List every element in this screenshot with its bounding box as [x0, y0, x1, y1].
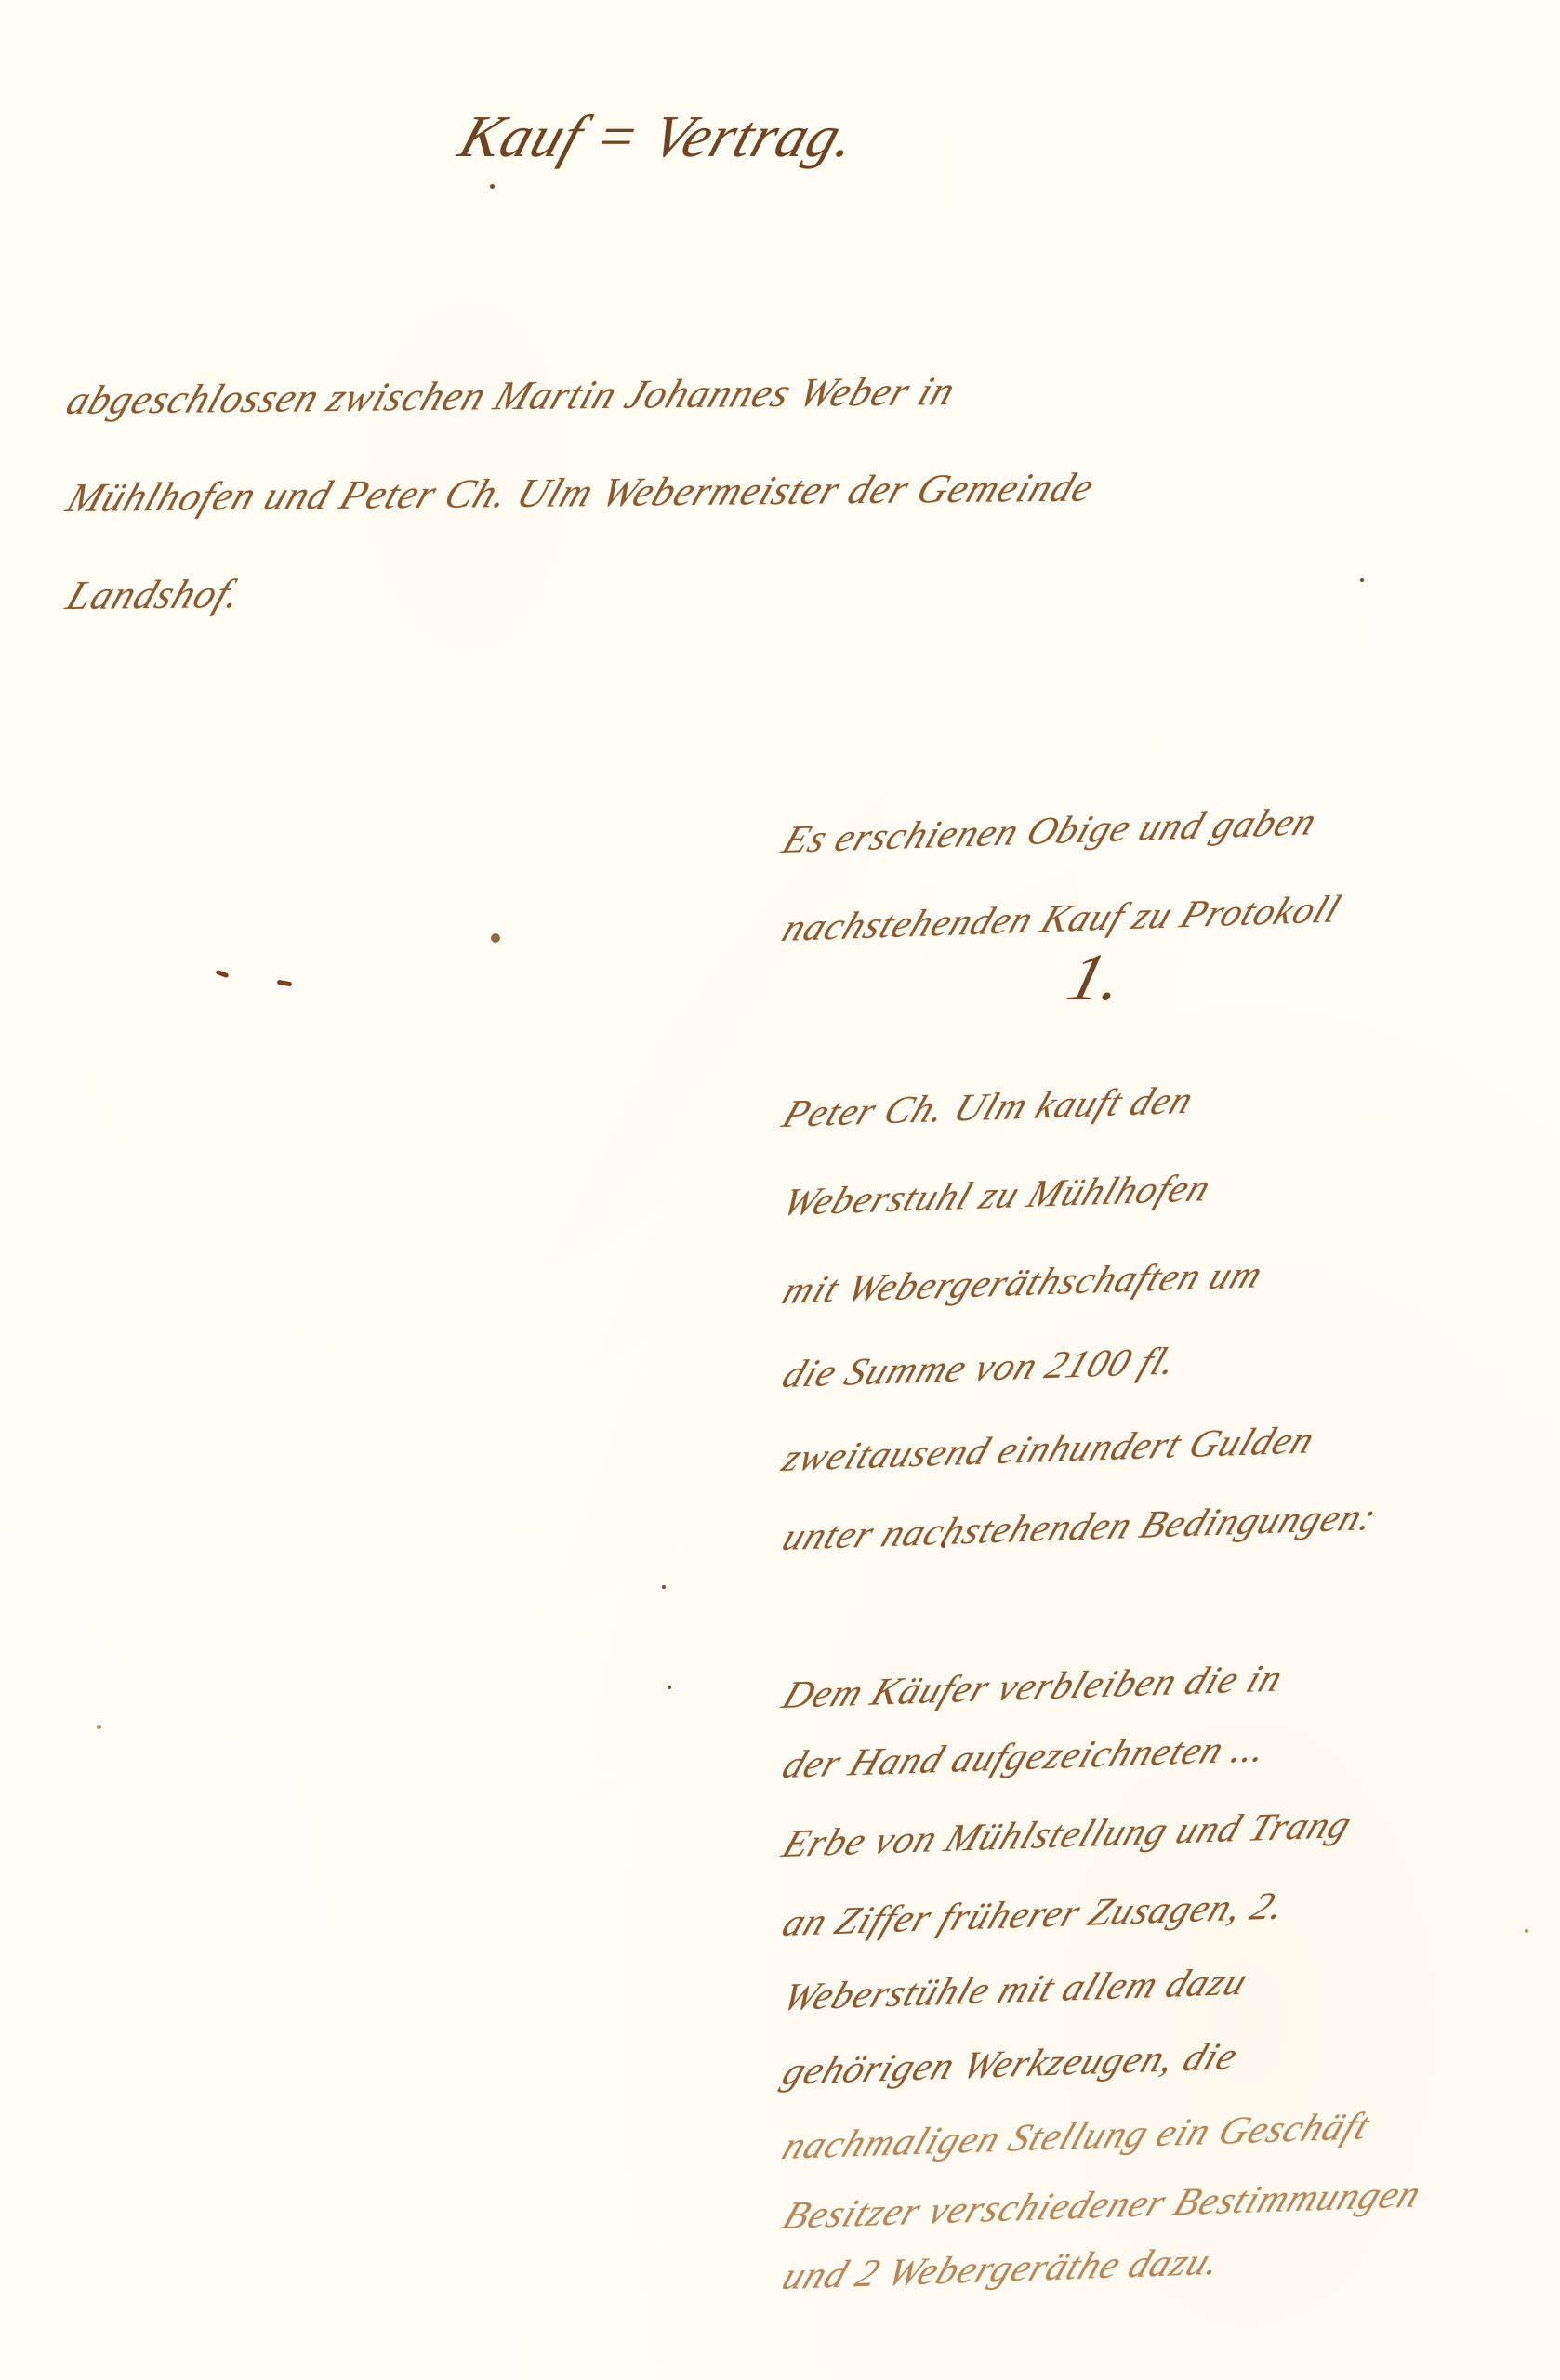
ink-mark — [216, 970, 230, 978]
section-2-line-3: Erbe von Mühlstellung und Trang — [776, 1803, 1358, 1867]
section-1-line-1: Peter Ch. Ulm kauft den — [776, 1078, 1200, 1137]
section-1-line-2: Weberstuhl zu Mühlhofen — [776, 1166, 1218, 1225]
section-1-line-5: zweitausend einhundert Gulden — [776, 1418, 1321, 1481]
ink-spot — [1525, 1929, 1528, 1933]
section-number-1: 1. — [1060, 939, 1132, 1016]
ink-mark — [277, 980, 293, 987]
section-2-line-1: Dem Käufer verbleiben die in — [776, 1657, 1289, 1718]
section-1-line-6: unter nachstehenden Bedingungen: — [776, 1495, 1383, 1560]
section-2-line-5: Weberstühle mit allem dazu — [776, 1960, 1254, 2020]
ink-spot — [490, 184, 495, 189]
document-title: Kauf = Vertrag. — [451, 102, 866, 171]
section-2-line-2: der Hand aufgezeichneten ... — [776, 1726, 1274, 1788]
ink-spot — [1360, 578, 1364, 582]
section-2-line-4: an Ziffer früherer Zusagen, 2. — [776, 1884, 1292, 1946]
section-2-line-6: gehörigen Werkzeugen, die — [776, 2034, 1245, 2095]
ink-spot — [662, 1585, 666, 1589]
ink-spot — [668, 1686, 671, 1689]
section-1-line-4: die Summe von 2100 fl. — [776, 1340, 1183, 1397]
manuscript-page: Kauf = Vertrag. abgeschlossen zwischen M… — [0, 0, 1560, 2380]
section-2-line-8: Besitzer verschiedener Bestimmungen — [776, 2173, 1428, 2239]
header-line-2: Mühlhofen und Peter Ch. Ulm Webermeister… — [60, 464, 1102, 522]
ink-spot — [491, 933, 500, 943]
section-2-line-7: nachmaligen Stellung ein Geschäft — [776, 2104, 1377, 2169]
section-2-line-9: und 2 Webergeräthe dazu. — [776, 2240, 1228, 2299]
section-1-line-3: mit Webergeräthschaften um — [776, 1252, 1269, 1314]
header-line-3: Landshof. — [60, 570, 249, 619]
ink-spot — [97, 1725, 101, 1729]
header-line-1: abgeschlossen zwischen Martin Johannes W… — [60, 367, 962, 424]
intro-line-2: nachstehenden Kauf zu Protokoll — [776, 888, 1347, 951]
intro-line-1: Es erschienen Obige und gaben — [776, 800, 1324, 863]
ink-spot — [941, 1542, 945, 1548]
